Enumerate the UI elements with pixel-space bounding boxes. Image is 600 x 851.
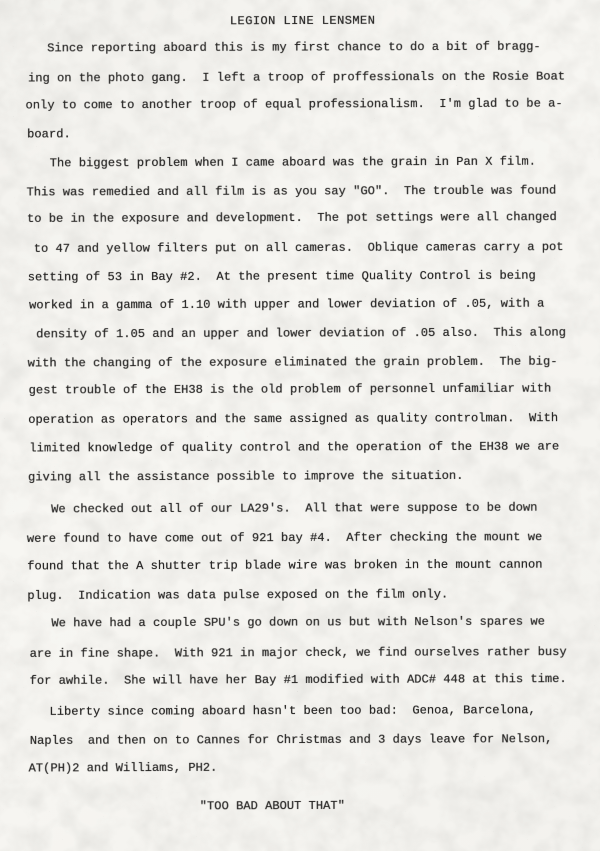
text-line: with the changing of the exposure elimin… bbox=[28, 347, 580, 377]
text-line: This was remedied and all film is as you… bbox=[26, 176, 578, 206]
text-line: Naples and then on to Cannes for Christm… bbox=[30, 725, 582, 755]
paragraph: We checked out all of our LA29's. All th… bbox=[28, 494, 580, 610]
text-line: We checked out all of our LA29's. All th… bbox=[29, 493, 581, 523]
text-line: worked in a gamma of 1.10 with upper and… bbox=[29, 289, 581, 319]
text-line: limited knowledge of quality control and… bbox=[29, 432, 581, 462]
document-title: LEGION LINE LENSMEN bbox=[27, 6, 579, 36]
text-line: AT(PH)2 and Williams, PH2. bbox=[29, 752, 581, 782]
text-line: We have had a couple SPU's go down on us… bbox=[29, 607, 581, 637]
paragraph: The biggest problem when I came aboard w… bbox=[27, 147, 580, 491]
document-text-layer: LEGION LINE LENSMEN Since reporting aboa… bbox=[27, 0, 582, 851]
text-line: are in fine shape. With 921 in major che… bbox=[30, 637, 582, 667]
text-line: only to come to another troop of equal p… bbox=[26, 89, 578, 119]
paragraph: Liberty since coming aboard hasn't been … bbox=[29, 696, 581, 783]
text-line: board. bbox=[27, 118, 579, 148]
document-body: Since reporting aboard this is my first … bbox=[27, 0, 579, 1]
text-line: ing on the photo gang. I left a troop of… bbox=[28, 62, 580, 92]
text-line: were found to have come out of 921 bay #… bbox=[27, 523, 579, 553]
scanned-document-page: LEGION LINE LENSMEN Since reporting aboa… bbox=[0, 0, 600, 851]
text-line: density of 1.05 and an upper and lower d… bbox=[29, 319, 581, 349]
closing-quote-line: "TOO BAD ABOUT THAT" bbox=[0, 791, 548, 821]
text-line: The biggest problem when I came aboard w… bbox=[28, 148, 580, 178]
text-line: Liberty since coming aboard hasn't been … bbox=[27, 696, 579, 726]
text-line: giving all the assistance possible to im… bbox=[28, 461, 580, 491]
paragraph: Since reporting aboard this is my first … bbox=[27, 33, 579, 149]
text-line: Since reporting aboard this is my first … bbox=[25, 33, 577, 63]
text-line: plug. Indication was data pulse exposed … bbox=[27, 579, 579, 609]
text-line: to 47 and yellow filters put on all came… bbox=[26, 233, 578, 263]
text-line: for awhile. She will have her Bay #1 mod… bbox=[30, 665, 582, 695]
text-line: gest trouble of the EH38 is the old prob… bbox=[29, 375, 581, 405]
text-line: to be in the exposure and development. T… bbox=[27, 203, 579, 233]
paragraph: We have had a couple SPU's go down on us… bbox=[29, 608, 581, 695]
text-line: found that the A shutter trip blade wire… bbox=[27, 551, 579, 581]
text-line: operation as operators and the same assi… bbox=[28, 403, 580, 433]
text-line: setting of 53 in Bay #2. At the present … bbox=[28, 262, 580, 292]
